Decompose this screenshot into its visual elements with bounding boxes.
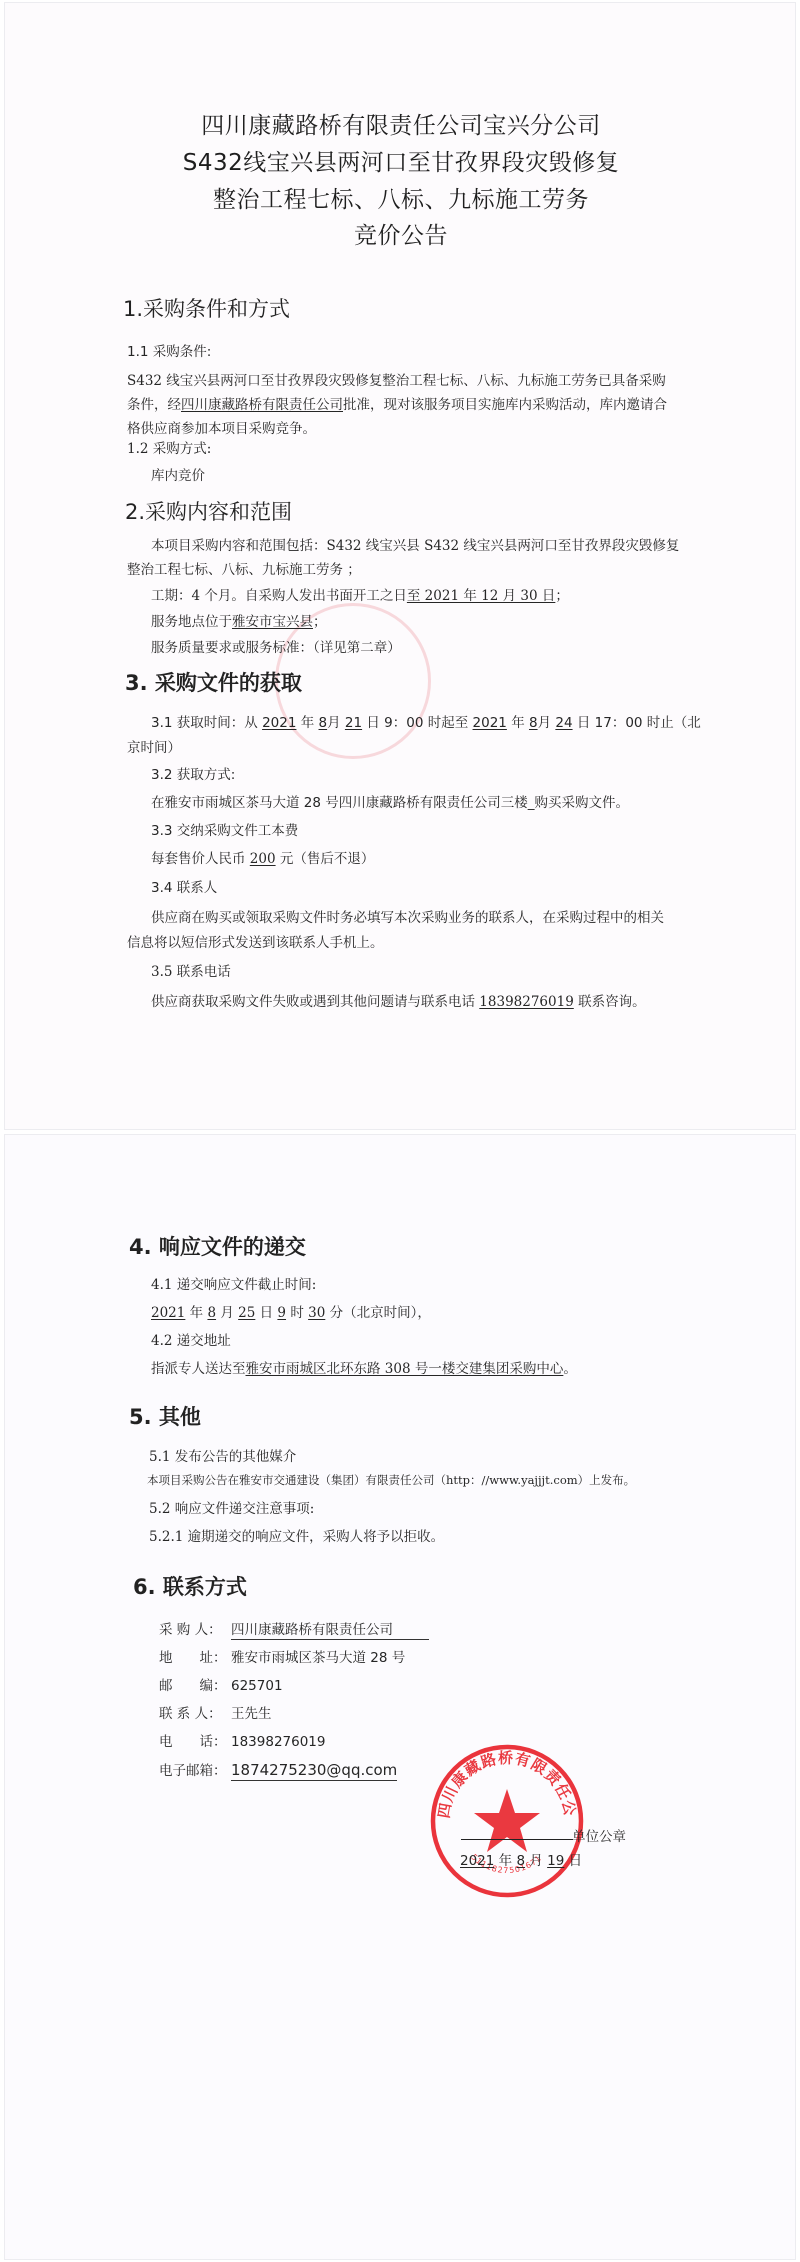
contact-label: 邮 编： [159, 1674, 231, 1694]
section-1-2-value: 库内竞价 [151, 464, 205, 484]
section-3-4-line-1: 供应商在购买或领取采购文件时务必填写本次采购业务的联系人，在采购过程中的相关 [151, 906, 664, 926]
title-line-2: S432线宝兴县两河口至甘孜界段灾毁修复 [5, 144, 796, 177]
section-4-1-label: 4.1 递交响应文件截止时间: [151, 1273, 316, 1293]
start-year: 2021 [262, 715, 296, 731]
section-1-2-label: 1.2 采购方式: [127, 437, 211, 457]
text: 月 [220, 1305, 234, 1321]
title-line-3: 整治工程七标、八标、九标施工劳务 [5, 181, 796, 214]
deadline-month: 8 [207, 1305, 216, 1321]
text: 年 [499, 1853, 513, 1869]
section-1-1-line-2: 条件，经四川康藏路桥有限责任公司批准，现对该服务项目实施库内采购活动，库内邀请合 [127, 393, 667, 413]
period-line: 工期：4 个月。自采购人发出书面开工之日至 2021 年 12 月 30 日； [151, 584, 569, 604]
text: ； [313, 614, 327, 630]
text: 批准，现对该服务项目实施库内采购活动，库内邀请合 [343, 397, 667, 413]
section-5-1-label: 5.1 发布公告的其他媒介 [149, 1445, 296, 1465]
section-3-1-line-2: 京时间） [127, 736, 181, 756]
text: 月 [538, 715, 552, 731]
contact-value: 四川康藏路桥有限责任公司 [231, 1618, 429, 1640]
phone-number: 18398276019 [479, 994, 573, 1010]
section-5-heading: 5. 其他 [129, 1401, 201, 1431]
text: ； [555, 588, 569, 604]
delivery-address: 雅安市雨城区北环东路 308 号一楼交建集团采购中心 [246, 1361, 564, 1377]
contact-row-address: 地 址：雅安市雨城区茶马大道 28 号 [159, 1646, 405, 1666]
section-4-2-line: 指派专人送达至雅安市雨城区北环东路 308 号一楼交建集团采购中心。 [151, 1357, 577, 1377]
text: 分 [330, 1305, 344, 1321]
contact-row-phone: 电 话：18398276019 [159, 1730, 325, 1750]
deadline-minute: 30 [308, 1305, 325, 1321]
text: 工期：4 个月。自采购人发出书面开工之日 [151, 588, 407, 604]
end-year: 2021 [473, 715, 507, 731]
contact-label: 电子邮箱： [159, 1759, 231, 1779]
text: 年 [511, 715, 525, 731]
text: 条件，经 [127, 397, 181, 413]
section-1-1-line-3: 格供应商参加本项目采购竞争。 [127, 417, 316, 437]
text: 日 [260, 1305, 274, 1321]
signature-line [461, 1839, 573, 1840]
section-1-1-line-1: S432 线宝兴县两河口至甘孜界段灾毁修复整治工程七标、八标、九标施工劳务已具备… [127, 369, 666, 389]
text: 联系咨询。 [574, 994, 646, 1010]
section-3-5-label: 3.5 联系电话 [151, 960, 231, 980]
section-4-2-label: 4.2 递交地址 [151, 1329, 231, 1349]
section-4-heading: 4. 响应文件的递交 [129, 1231, 306, 1261]
text: 指派专人送达至 [151, 1361, 246, 1377]
text: 日 [569, 1853, 583, 1869]
section-1-1-label: 1.1 采购条件: [127, 340, 211, 360]
text: 供应商获取采购文件失败或遇到其他问题请与联系电话 [151, 994, 479, 1010]
seal-label: 单位公章 [572, 1825, 626, 1845]
contact-row-email: 电子邮箱：1874275230@qq.com [159, 1759, 397, 1781]
end-day: 24 [555, 715, 572, 731]
document-page-2: 4. 响应文件的递交 4.1 递交响应文件截止时间: 2021 年 8 月 25… [4, 1134, 796, 2260]
section-2-heading: 2.采购内容和范围 [125, 496, 292, 526]
text: 月 [327, 715, 341, 731]
section-3-3-price-line: 每套售价人民币 200 元（售后不退） [151, 847, 374, 867]
section-3-2-value: 在雅安市雨城区茶马大道 28 号四川康藏路桥有限责任公司三楼_购买采购文件。 [151, 791, 629, 811]
text: （北京时间）， [343, 1305, 431, 1321]
contact-row-person: 联 系 人：王先生 [159, 1702, 272, 1722]
contact-label: 联 系 人： [159, 1702, 231, 1722]
text: 月 [529, 1853, 543, 1869]
text: 每套售价人民币 [151, 851, 250, 867]
section-1-heading: 1.采购条件和方式 [123, 293, 290, 323]
contact-label: 采 购 人： [159, 1618, 231, 1638]
title-line-4: 竞价公告 [5, 217, 796, 250]
signature-date: 2021 年 8 月 19 日 [460, 1849, 582, 1869]
text: 3.1 获取时间：从 [151, 715, 262, 731]
start-day: 21 [345, 715, 362, 731]
text: 元（售后不退） [276, 851, 375, 867]
scope-line-1: 本项目采购内容和范围包括：S432 线宝兴县 S432 线宝兴县两河口至甘孜界段… [151, 534, 679, 554]
deadline-hour: 9 [277, 1305, 286, 1321]
contact-value: 王先生 [231, 1702, 272, 1722]
contact-label: 电 话： [159, 1730, 231, 1750]
deadline-year: 2021 [151, 1305, 185, 1321]
section-6-heading: 6. 联系方式 [133, 1571, 247, 1601]
contact-row-purchaser: 采 购 人：四川康藏路桥有限责任公司 [159, 1618, 429, 1640]
contact-value: 625701 [231, 1678, 283, 1694]
quality-line: 服务质量要求或服务标准：（详见第二章） [151, 636, 401, 656]
title-line-1: 四川康藏路桥有限责任公司宝兴分公司 [5, 107, 796, 140]
location-value: 雅安市宝兴县 [232, 614, 313, 630]
end-month: 8 [529, 715, 538, 731]
contact-row-postcode: 邮 编：625701 [159, 1674, 283, 1694]
document-page-1: 四川康藏路桥有限责任公司宝兴分公司 S432线宝兴县两河口至甘孜界段灾毁修复 整… [4, 2, 796, 1130]
text: 服务地点位于 [151, 614, 232, 630]
company-link: 四川康藏路桥有限责任公司 [181, 397, 343, 413]
deadline-line: 2021 年 8 月 25 日 9 时 30 分（北京时间）， [151, 1301, 431, 1321]
section-5-2-label: 5.2 响应文件递交注意事项: [149, 1497, 314, 1517]
text: 年 [301, 715, 315, 731]
section-3-1-line-1: 3.1 获取时间：从 2021 年 8月 21 日 9：00 时起至 2021 … [151, 711, 701, 731]
text: 日 9：00 时起至 [362, 715, 472, 731]
sign-year: 2021 [460, 1853, 494, 1869]
sign-day: 19 [547, 1853, 564, 1869]
section-3-heading: 3. 采购文件的获取 [125, 667, 302, 697]
company-seal-stamp: 四川康藏路桥有限责任公司宝兴分公司 5111827501671 [427, 1741, 587, 1901]
section-3-4-line-2: 信息将以短信形式发送到该联系人手机上。 [127, 931, 384, 951]
period-end-date: 至 2021 年 12 月 30 日 [407, 588, 555, 604]
section-5-2-1: 5.2.1 逾期递交的响应文件，采购人将予以拒收。 [149, 1525, 444, 1545]
contact-value: 雅安市雨城区茶马大道 28 号 [231, 1646, 405, 1666]
text: 。 [563, 1361, 577, 1377]
scope-line-2: 整治工程七标、八标、九标施工劳务 ； [127, 558, 361, 578]
start-month: 8 [319, 715, 328, 731]
contact-value: 18398276019 [231, 1734, 325, 1750]
price-value: 200 [250, 851, 276, 867]
sign-month: 8 [516, 1853, 525, 1869]
email-link[interactable]: 1874275230@qq.com [231, 1761, 397, 1781]
section-5-1-value: 本项目采购公告在雅安市交通建设（集团）有限责任公司（http：//www.yaj… [147, 1472, 635, 1488]
location-line: 服务地点位于雅安市宝兴县； [151, 610, 327, 630]
section-3-4-label: 3.4 联系人 [151, 876, 217, 896]
text: 时 [290, 1305, 304, 1321]
deadline-day: 25 [238, 1305, 255, 1321]
section-3-2-label: 3.2 获取方式: [151, 763, 235, 783]
seal-icon: 四川康藏路桥有限责任公司宝兴分公司 5111827501671 [427, 1741, 587, 1901]
section-3-3-label: 3.3 交纳采购文件工本费 [151, 819, 298, 839]
text: 年 [190, 1305, 204, 1321]
section-3-5-line: 供应商获取采购文件失败或遇到其他问题请与联系电话 18398276019 联系咨… [151, 990, 646, 1010]
contact-label: 地 址： [159, 1646, 231, 1666]
text: 日 17：00 时止（北 [573, 715, 701, 731]
